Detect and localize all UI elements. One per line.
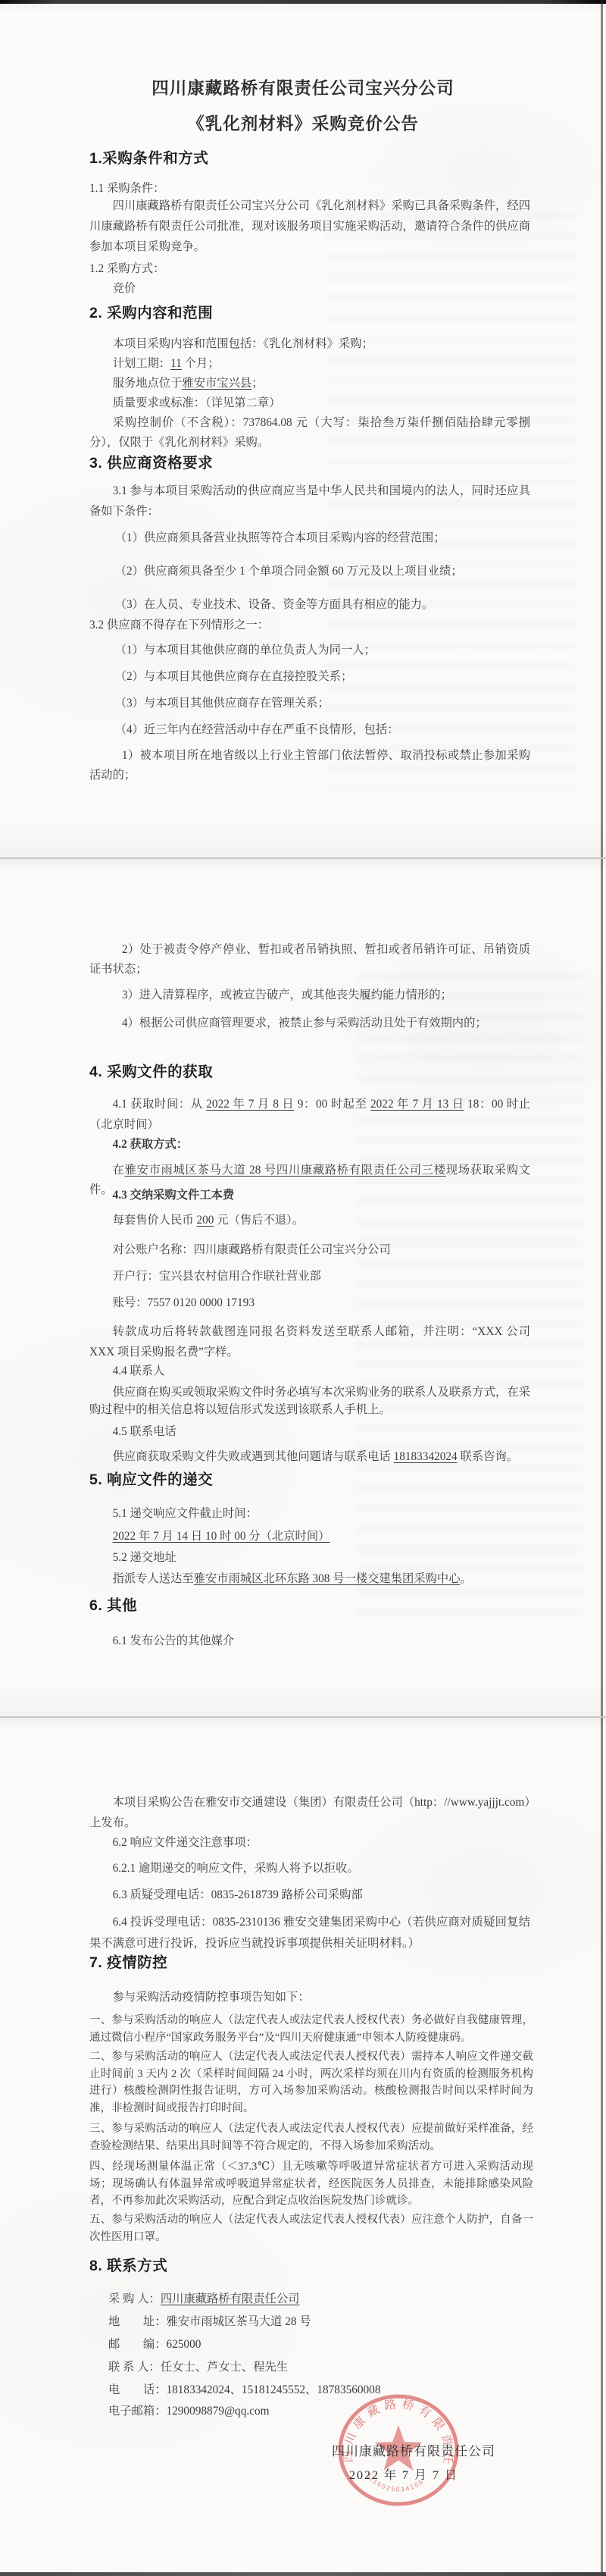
quality-requirement-line: 质量要求或标准：（详见第二章） <box>89 393 530 413</box>
contact-email-line: 电子邮箱：1290098879@qq.com <box>108 2401 533 2422</box>
transfer-note-paragraph: 转款成功后将转款截图连同报名资料发送至联系人邮箱，并注明：“XXX 公司 XXX… <box>89 1321 530 1362</box>
section-4-heading: 4. 采购文件的获取 <box>89 1062 530 1082</box>
clause-4-2-label: 4.2 获取方式： <box>89 1135 530 1155</box>
page-1: 四川康藏路桥有限责任公司宝兴分公司 《乳化剂材料》采购竞价公告 1.采购条件和方… <box>0 0 606 857</box>
contact-address-line: 地 址：雅安市雨城区茶马大道 28 号 <box>108 2311 533 2333</box>
scan-right-edge <box>601 1718 603 2576</box>
buyer-underlined-value: 四川康藏路桥有限责任公司 <box>161 2292 311 2305</box>
clause-1-1-paragraph: 四川康藏路桥有限责任公司宝兴分公司《乳化剂材料》采购已具备采购条件，经四川康藏路… <box>89 196 530 257</box>
page-2: 2）处于被责令停产停业、暂扣或者吊销执照、暂扣或者吊销许可证、吊销资质证书状态；… <box>0 857 606 1716</box>
location-underlined-value: 雅安市宝兴县 <box>182 377 251 390</box>
prohibited-item-2: （2）与本项目其他供应商存在直接控股关系； <box>89 667 530 687</box>
clause-3-2-label: 3.2 供应商不得存在下列情形之一： <box>89 616 530 635</box>
doc-title-line2: 《乳化剂材料》采购竞价公告 <box>0 113 606 136</box>
help-phone-underlined: 18183342024 <box>394 1450 458 1463</box>
pandemic-rule-5: 五、参与采购活动的响应人（法定代表人或法定代表人授权代表）应注意个人防护，自备一… <box>89 2211 533 2245</box>
contact-phones-line: 电 话：18183342024、15181245552、18783560008 <box>108 2380 533 2401</box>
deadline-underlined-value: 2022 年 7 月 14 日 10 时 00 分（北京时间） <box>113 1530 341 1543</box>
qualification-item-3: （3）在人员、专业技术、设备、资金等方面具有相应的能力。 <box>89 595 530 615</box>
submission-address-underlined: 雅安市雨城区北环东路 308 号一楼交建集团采购中心 <box>194 1572 461 1585</box>
contact-buyer-line: 采 购 人：四川康藏路桥有限责任公司 <box>108 2289 533 2310</box>
clause-6-1-label: 6.1 发布公告的其他媒介 <box>89 1631 530 1651</box>
scanned-document: 四川康藏路桥有限责任公司宝兴分公司 《乳化剂材料》采购竞价公告 1.采购条件和方… <box>0 0 606 2576</box>
section-8-heading: 8. 联系方式 <box>89 2256 530 2276</box>
help-phone-line: 供应商获取采购文件失败或遇到其他问题请与联系电话 18183342024 联系咨… <box>89 1447 530 1467</box>
bad-record-item-1: 1）被本项目所在地省级以上行业主管部门依法暂停、取消投标或禁止参加采购活动的； <box>89 746 530 785</box>
bad-record-item-4: 4）根据公司供应商管理要求，被禁止参与采购活动且处于有效期内的； <box>89 1014 530 1033</box>
query-phone-line: 6.3 质疑受理电话：0835-2618739 路桥公司采购部 <box>89 1885 530 1905</box>
section-7-heading: 7. 疫情防控 <box>89 1953 530 1973</box>
account-number-line: 账号：7557 0120 0000 17193 <box>89 1293 530 1313</box>
obtain-time-paragraph: 4.1 获取时间：从 2022 年 7 月 8 日 9：00 时起至 2022 … <box>89 1094 530 1135</box>
section-3-heading: 3. 供应商资格要求 <box>89 453 530 473</box>
signature-company: 四川康藏路桥有限责任公司 <box>332 2440 495 2459</box>
service-location-line: 服务地点位于雅安市宝兴县； <box>89 374 530 393</box>
prohibited-item-4: （4）近三年内在经营活动中存在严重不良情形，包括： <box>89 720 530 740</box>
submission-deadline-line: 2022 年 7 月 14 日 10 时 00 分（北京时间） <box>89 1527 530 1547</box>
clause-1-2-label: 1.2 采购方式： <box>89 259 530 279</box>
pandemic-rule-3: 三、参与采购活动的响应人（法定代表人或法定代表人授权代表）应提前做好采样准备，经… <box>89 2120 533 2155</box>
bad-record-item-2: 2）处于被责令停产停业、暂扣或者吊销执照、暂扣或者吊销许可证、吊销资质证书状态； <box>89 940 530 979</box>
pandemic-rule-1: 一、参与采购活动的响应人（法定代表人或法定代表人授权代表）务必做好自我健康管理，… <box>89 2012 533 2046</box>
prohibited-item-3: （3）与本项目其他供应商存在管理关系； <box>89 694 530 713</box>
clause-4-4-label: 4.4 联系人 <box>89 1362 530 1381</box>
clause-5-2-label: 5.2 递交地址 <box>89 1548 530 1568</box>
duration-underlined-value: 11 <box>170 357 182 370</box>
section-2-heading: 2. 采购内容和范围 <box>89 303 530 323</box>
obtain-start-date: 2022 年 7 月 8 日 <box>206 1098 294 1111</box>
qualification-item-2: （2）供应商须具备至少 1 个单项合同金额 60 万元及以上项目业绩； <box>89 562 530 581</box>
planned-duration-line: 计划工期：11 个月； <box>89 354 530 374</box>
obtain-end-date: 2022 年 7 月 13 日 <box>370 1098 464 1111</box>
doc-title-line1: 四川康藏路桥有限责任公司宝兴分公司 <box>0 77 606 100</box>
document-fee-line: 每套售价人民币 200 元（售后不退）。 <box>89 1211 530 1230</box>
clause-6-2-label: 6.2 响应文件递交注意事项： <box>89 1833 530 1853</box>
contact-zip-line: 邮 编：625000 <box>108 2334 533 2355</box>
obtain-address-underlined: 雅安市雨城区茶马大道 28 号四川康藏路桥有限责任公司三楼 <box>125 1164 446 1177</box>
fee-underlined-value: 200 <box>197 1214 214 1227</box>
contact-persons-line: 联 系 人：任女士、芦女士、程先生 <box>108 2357 533 2378</box>
scope-line: 本项目采购内容和范围包括：《乳化剂材料》采购； <box>89 334 530 354</box>
submission-address-line: 指派专人送达至雅安市雨城区北环东路 308 号一楼交建集团采购中心。 <box>89 1569 530 1589</box>
pandemic-rule-4: 四、经现场测量体温正常（＜37.3℃）且无咳嗽等呼吸道异常症状者方可进入采购活动… <box>89 2158 533 2210</box>
bank-line: 开户行：宝兴县农村信用合作联社营业部 <box>89 1267 530 1286</box>
page-3: 本项目采购公告在雅安市交通建设（集团）有限责任公司（http：//www.yaj… <box>0 1716 606 2576</box>
control-price-paragraph: 采购控制价（不含税）：737864.08 元（大写：柒拾叁万柒仟捌佰陆拾肆元零捌… <box>89 413 530 453</box>
announcement-media-paragraph: 本项目采购公告在雅安市交通建设（集团）有限责任公司（http：//www.yaj… <box>89 1792 530 1833</box>
qualification-item-1: （1）供应商须具备营业执照等符合本项目采购内容的经营范围； <box>89 528 530 548</box>
clause-3-1-paragraph: 3.1 参与本项目采购活动的供应商应当是中华人民共和国境内的法人，同时还应具备如… <box>89 481 530 522</box>
clause-4-5-label: 4.5 联系电话 <box>89 1422 530 1442</box>
section-6-heading: 6. 其他 <box>89 1596 530 1615</box>
account-name-line: 对公账户名称：四川康藏路桥有限责任公司宝兴分公司 <box>89 1240 530 1260</box>
section-5-heading: 5. 响应文件的递交 <box>89 1470 530 1490</box>
pandemic-intro-line: 参与采购活动疫情防控事项告知如下： <box>89 1988 530 2007</box>
complaint-phone-paragraph: 6.4 投诉受理电话：0835-2310136 雅安交建集团采购中心（若供应商对… <box>89 1912 530 1954</box>
clause-1-2-value: 竞价 <box>89 279 530 299</box>
clause-5-1-label: 5.1 递交响应文件截止时间： <box>89 1504 530 1524</box>
scan-right-edge <box>601 859 603 1716</box>
section-1-heading: 1.采购条件和方式 <box>89 149 530 168</box>
pandemic-rule-2: 二、参与采购活动的响应人（法定代表人或法定代表人授权代表）需持本人响应文件递交截… <box>89 2048 533 2117</box>
prohibited-item-1: （1）与本项目其他供应商的单位负责人为同一人； <box>89 641 530 660</box>
clause-4-3-label: 4.3 交纳采购文件工本费 <box>89 1186 530 1205</box>
clause-6-2-1-line: 6.2.1 逾期递交的响应文件，采购人将予以拒收。 <box>89 1859 530 1879</box>
contact-person-paragraph: 供应商在购买或领取采购文件时务必填写本次采购业务的联系人及联系方式，在采购过程中… <box>89 1384 530 1418</box>
scan-right-edge <box>601 0 603 857</box>
bad-record-item-3: 3）进入清算程序，或被宣告破产，或其他丧失履约能力情形的； <box>89 986 530 1005</box>
scan-top-edge <box>0 0 606 4</box>
signature-date: 2022 年 7 月 7 日 <box>349 2465 458 2483</box>
